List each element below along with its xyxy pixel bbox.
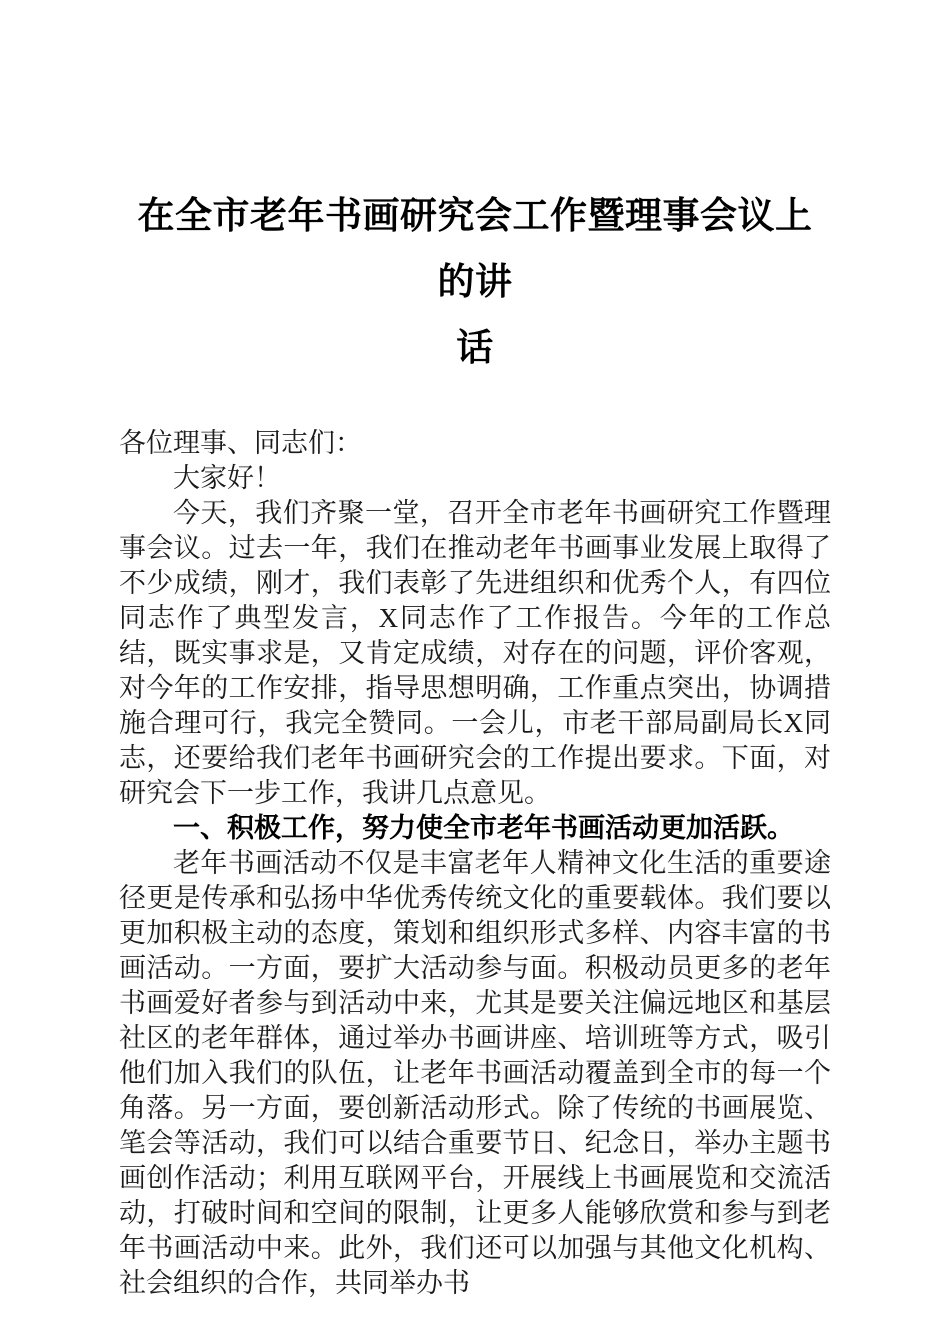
document-title: 在全市老年书画研究会工作暨理事会议上的讲 话 bbox=[119, 184, 831, 382]
paragraph-opening-remarks: 今天，我们齐聚一堂，召开全市老年书画研究工作暨理事会议。过去一年，我们在推动老年… bbox=[119, 496, 831, 811]
document-title-line-2: 话 bbox=[119, 316, 831, 382]
salutation-line: 各位理事、同志们： bbox=[119, 426, 831, 461]
paragraph-greeting: 大家好！ bbox=[119, 461, 831, 496]
document-body: 各位理事、同志们： 大家好！ 今天，我们齐聚一堂，召开全市老年书画研究工作暨理事… bbox=[119, 426, 831, 1301]
document-title-line-1: 在全市老年书画研究会工作暨理事会议上的讲 bbox=[119, 184, 831, 316]
document-content: 在全市老年书画研究会工作暨理事会议上的讲 话 各位理事、同志们： 大家好！ 今天… bbox=[119, 184, 831, 1301]
paragraph-section-1-body: 老年书画活动不仅是丰富老年人精神文化生活的重要途径更是传承和弘扬中华优秀传统文化… bbox=[119, 846, 831, 1301]
section-heading-1: 一、积极工作，努力使全市老年书画活动更加活跃。 bbox=[119, 811, 831, 846]
document-page: 在全市老年书画研究会工作暨理事会议上的讲 话 各位理事、同志们： 大家好！ 今天… bbox=[0, 0, 950, 1344]
